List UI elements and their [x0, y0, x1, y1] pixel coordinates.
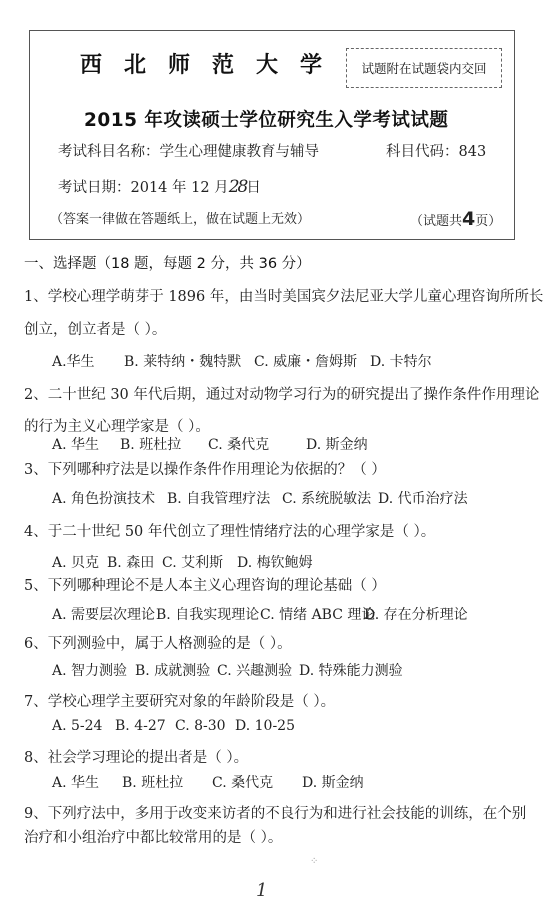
question-5-line-1: 5、下列哪种理论不是人本主义心理咨询的理论基础（ ） — [24, 574, 386, 595]
question-9-line-2: 治疗和小组治疗中都比较常用的是（ ）。 — [24, 826, 282, 847]
scan-speck: ⁘ — [310, 856, 318, 867]
question-1-line-2: 创立，创立者是（ ）。 — [24, 318, 166, 339]
option-d: D. 存在分析理论 — [364, 604, 468, 624]
pages-suffix: 页） — [475, 214, 501, 229]
option-d: D. 斯金纳 — [302, 772, 364, 792]
option-b: B. 成就测验 — [135, 660, 217, 680]
subject-code-line: 科目代码：843 — [386, 140, 486, 161]
option-d: D. 代币治疗法 — [378, 488, 468, 508]
option-d: D. 卡特尔 — [370, 351, 432, 371]
page-count-note: （试题共4页） — [410, 208, 501, 230]
option-c: C. 兴趣测验 — [217, 660, 299, 680]
question-2-options: A. 华生B. 班杜拉C. 桑代克D. 斯金纳 — [52, 434, 368, 454]
question-3-line-1: 3、下列哪种疗法是以操作条件作用理论为依据的？（ ） — [24, 458, 386, 479]
question-8-options: A. 华生B. 班杜拉C. 桑代克D. 斯金纳 — [52, 772, 364, 792]
date-prefix: 2014 年 12 月 — [131, 180, 229, 196]
option-c: C. 桑代克 — [212, 772, 302, 792]
option-b: B. 班杜拉 — [122, 772, 212, 792]
option-a: A. 智力测验 — [52, 660, 135, 680]
question-7-line-1: 7、学校心理学主要研究对象的年龄阶段是（ ）。 — [24, 690, 335, 711]
question-9-line-1: 9、下列疗法中，多用于改变来访者的不良行为和进行社会技能的训练，在个别 — [24, 802, 526, 823]
option-a: A. 贝克 — [52, 552, 107, 572]
code-label: 科目代码： — [386, 144, 459, 160]
question-1-line-1: 1、学校心理学萌芽于 1896 年，由当时美国宾夕法尼亚大学儿童心理咨询所所长 — [24, 285, 543, 306]
option-d: D. 特殊能力测验 — [299, 660, 403, 680]
question-5-options: A. 需要层次理论B. 自我实现理论C. 情绪 ABC 理论D. 存在分析理论 — [52, 604, 468, 624]
question-2-line-2: 的行为主义心理学家是（ ）。 — [24, 415, 210, 436]
question-1-options: A.华生B. 莱特纳・魏特默C. 威廉・詹姆斯D. 卡特尔 — [52, 351, 432, 371]
question-4-line-1: 4、于二十世纪 50 年代创立了理性情绪疗法的心理学家是（ ）。 — [24, 520, 435, 541]
option-c: C. 情绪 ABC 理论 — [260, 604, 364, 624]
subject-name: 学生心理健康教育与辅导 — [160, 144, 320, 160]
option-a: A. 需要层次理论 — [52, 604, 156, 624]
option-a: A. 角色扮演技术 — [52, 488, 167, 508]
handwritten-page-count: 4 — [462, 208, 475, 230]
question-4-options: A. 贝克B. 森田C. 艾利斯D. 梅钦鲍姆 — [52, 552, 313, 572]
date-suffix: 日 — [246, 180, 261, 196]
section-title: 一、选择题（18 题，每题 2 分，共 36 分） — [24, 252, 311, 273]
page-number: 1 — [256, 880, 267, 901]
option-b: B. 4-27 — [115, 718, 175, 734]
subject-label: 考试科目名称： — [58, 144, 160, 160]
option-d: D. 斯金纳 — [306, 434, 368, 454]
code-value: 843 — [459, 144, 487, 160]
question-8-line-1: 8、社会学习理论的提出者是（ ）。 — [24, 746, 248, 767]
option-b: B. 莱特纳・魏特默 — [124, 351, 254, 371]
question-6-options: A. 智力测验B. 成就测验C. 兴趣测验D. 特殊能力测验 — [52, 660, 403, 680]
question-3-options: A. 角色扮演技术B. 自我管理疗法C. 系统脱敏法D. 代币治疗法 — [52, 488, 468, 508]
exam-date-line: 考试日期：2014 年 12 月28日 — [58, 176, 261, 197]
option-a: A. 5-24 — [52, 718, 115, 734]
subject-line: 考试科目名称：学生心理健康教育与辅导 — [58, 140, 319, 161]
option-b: B. 自我实现理论 — [156, 604, 260, 624]
question-6-line-1: 6、下列测验中，属于人格测验的是（ ）。 — [24, 632, 292, 653]
option-b: B. 森田 — [107, 552, 162, 572]
option-c: C. 威廉・詹姆斯 — [254, 351, 370, 371]
university-name: 西北师范大学 — [80, 48, 344, 79]
exam-title: 2015 年攻读硕士学位研究生入学考试试题 — [84, 106, 448, 132]
handwritten-day: 28 — [229, 177, 247, 197]
return-notice-text: 试题附在试题袋内交回 — [361, 59, 486, 77]
option-d: D. 10-25 — [235, 718, 295, 734]
option-c: C. 8-30 — [175, 718, 235, 734]
return-notice-box: 试题附在试题袋内交回 — [346, 48, 502, 88]
option-c: C. 系统脱敏法 — [282, 488, 378, 508]
pages-prefix: （试题共 — [410, 214, 462, 229]
date-label: 考试日期： — [58, 180, 131, 196]
option-c: C. 桑代克 — [208, 434, 306, 454]
question-7-options: A. 5-24B. 4-27C. 8-30D. 10-25 — [52, 718, 295, 734]
option-a: A. 华生 — [52, 434, 120, 454]
answer-note: （答案一律做在答题纸上，做在试题上无效） — [50, 208, 310, 227]
option-c: C. 艾利斯 — [162, 552, 237, 572]
option-b: B. 班杜拉 — [120, 434, 208, 454]
option-a: A. 华生 — [52, 772, 122, 792]
option-d: D. 梅钦鲍姆 — [237, 552, 313, 572]
question-2-line-1: 2、二十世纪 30 年代后期，通过对动物学习行为的研究提出了操作条件作用理论 — [24, 383, 539, 404]
option-a: A.华生 — [52, 351, 124, 371]
option-b: B. 自我管理疗法 — [167, 488, 282, 508]
